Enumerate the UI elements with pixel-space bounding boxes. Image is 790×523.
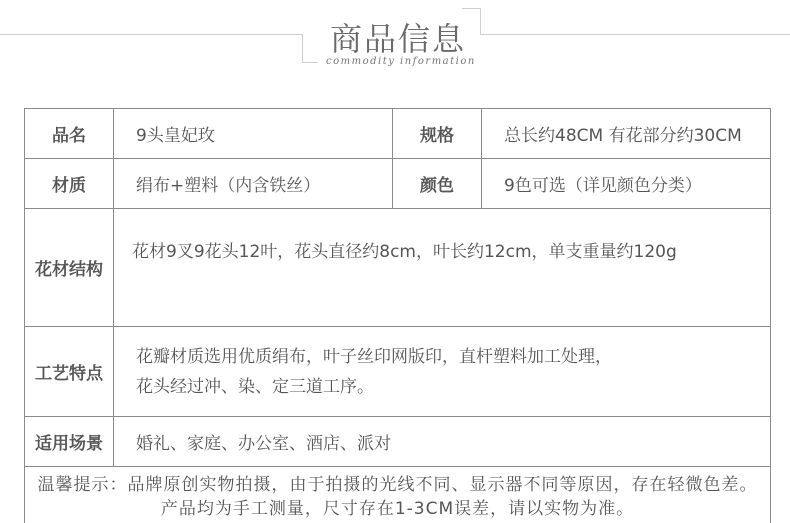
value-spec: 总长约48CM 有花部分约30CM (482, 109, 771, 159)
value-name: 9头皇妃玫 (114, 109, 393, 159)
table-row: 材质 绢布+塑料（内含铁丝） 颜色 9色可选（详见颜色分类） (25, 159, 771, 209)
decor-line-left-vertical (302, 34, 303, 63)
value-color: 9色可选（详见颜色分类） (482, 159, 771, 209)
table-row: 花材结构 花材9叉9花头12叶，花头直径约8cm，叶长约12cm，单支重量约12… (25, 209, 771, 327)
decor-line-left-bottom (302, 62, 318, 63)
section-title: 商品信息 (330, 14, 466, 60)
notice-line-1: 温馨提示：品牌原创实物拍摄，由于拍摄的光线不同、显示器不同等原因，存在轻微色差。 (25, 473, 770, 497)
spec-table: 品名 9头皇妃玫 规格 总长约48CM 有花部分约30CM 材质 绢布+塑料（内… (24, 108, 771, 523)
notice-line-2: 产品均为手工测量，尺寸存在1-3CM误差，请以实物为准。 (25, 497, 770, 521)
value-structure: 花材9叉9花头12叶，花头直径约8cm，叶长约12cm，单支重量约120g (114, 209, 771, 327)
table-row: 工艺特点 花瓣材质选用优质绢布，叶子丝印网版印，直杆塑料加工处理， 花头经过冲、… (25, 327, 771, 417)
notice-row: 温馨提示：品牌原创实物拍摄，由于拍摄的光线不同、显示器不同等原因，存在轻微色差。… (25, 467, 771, 523)
craft-line-2: 花头经过冲、染、定三道工序。 (136, 372, 770, 402)
section-subtitle: commodity information (326, 56, 476, 67)
decor-line-right-vertical (480, 8, 481, 35)
decor-line-right (480, 34, 790, 35)
label-usage: 适用场景 (25, 417, 114, 467)
craft-line-1: 花瓣材质选用优质绢布，叶子丝印网版印，直杆塑料加工处理， (136, 342, 770, 372)
notice: 温馨提示：品牌原创实物拍摄，由于拍摄的光线不同、显示器不同等原因，存在轻微色差。… (25, 467, 771, 523)
table-row: 适用场景 婚礼、家庭、办公室、酒店、派对 (25, 417, 771, 467)
label-structure: 花材结构 (25, 209, 114, 327)
decor-line-left (0, 34, 302, 35)
label-spec: 规格 (393, 109, 482, 159)
value-material: 绢布+塑料（内含铁丝） (114, 159, 393, 209)
value-craft: 花瓣材质选用优质绢布，叶子丝印网版印，直杆塑料加工处理， 花头经过冲、染、定三道… (114, 327, 771, 417)
label-craft: 工艺特点 (25, 327, 114, 417)
table-row: 品名 9头皇妃玫 规格 总长约48CM 有花部分约30CM (25, 109, 771, 159)
section-header: 商品信息 commodity information (0, 0, 790, 90)
label-material: 材质 (25, 159, 114, 209)
label-color: 颜色 (393, 159, 482, 209)
label-name: 品名 (25, 109, 114, 159)
decor-line-right-top (462, 8, 480, 9)
value-usage: 婚礼、家庭、办公室、酒店、派对 (114, 417, 771, 467)
